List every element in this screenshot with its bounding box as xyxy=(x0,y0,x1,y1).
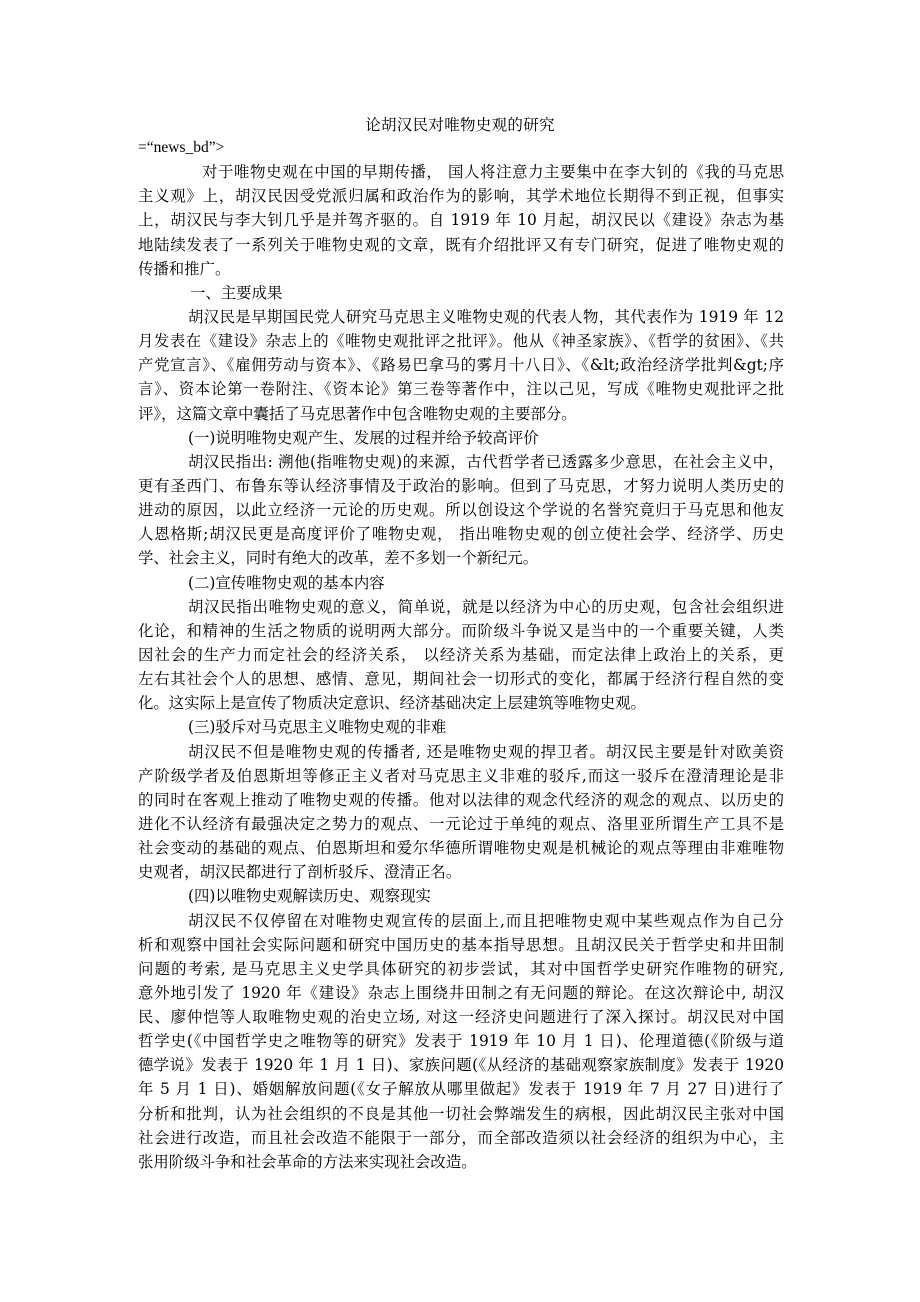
paragraph-line: 胡汉民不仅停留在对唯物史观宣传的层面上,而且把唯物史观中某些观点作为自己分 xyxy=(138,909,784,933)
section-heading-main-results: 一、主要成果 xyxy=(138,281,784,305)
paragraph-line: 进动的原因，以此立经济一元论的历史观。所以创设这个学说的名誉究竟归于马克思和他友 xyxy=(138,498,784,522)
paragraph-line: 意外地引发了 1920 年《建设》杂志上围绕井田制之有无问题的辩论。在这次辩论中… xyxy=(138,981,784,1005)
paragraph-line: 的同时在客观上推动了唯物史观的传播。他对以法律的观念代经济的观念的观点、以历史的 xyxy=(138,788,784,812)
paragraph-line: 左右其社会个人的思想、感情、意见，期间社会一切形式的变化，都属于经济行程自然的变 xyxy=(138,667,784,691)
paragraph-line: 产党宣言》、《雇佣劳动与资本》、《路易巴拿马的雾月十八日》、《&lt;政治经济学… xyxy=(138,353,784,377)
subsection-2-paragraph: 胡汉民指出唯物史观的意义，简单说，就是以经济为中心的历史观，包含社会组织进 化论… xyxy=(138,595,784,716)
subsection-heading-2: (二)宣传唯物史观的基本内容 xyxy=(138,571,784,595)
paragraph-line: 胡汉民不但是唯物史观的传播者, 还是唯物史观的捍卫者。胡汉民主要是针对欧美资 xyxy=(138,740,784,764)
paragraph-line: 年 5 月 1 日)、婚姻解放问题(《女子解放从哪里做起》发表于 1919 年 … xyxy=(138,1077,784,1101)
paragraph-line: 评》，这篇文章中囊括了马克思著作中包含唯物史观的主要部分。 xyxy=(138,402,784,426)
stray-html-fragment: =“news_bd”> xyxy=(138,136,784,160)
paragraph-line: 上，胡汉民与李大钊几乎是并驾齐驱的。自 1919 年 10 月起，胡汉民以《建设… xyxy=(138,208,784,232)
paragraph-line: 更有圣西门、布鲁东等认经济事情及于政治的影响。但到了马克思，才努力说明人类历史的 xyxy=(138,474,784,498)
document-page: 论胡汉民对唯物史观的研究 =“news_bd”> 对于唯物史观在中国的早期传播，… xyxy=(0,0,920,1302)
paragraph-line: 地陆续发表了一系列关于唯物史观的文章，既有介绍批评又有专门研究，促进了唯物史观的 xyxy=(138,233,784,257)
paragraph-line: 胡汉民指出唯物史观的意义，简单说，就是以经济为中心的历史观，包含社会组织进 xyxy=(138,595,784,619)
paragraph-line: 化。这实际上是宣传了物质决定意识、经济基础决定上层建筑等唯物史观。 xyxy=(138,691,784,715)
paragraph-line: 社会进行改造，而且社会改造不能限于一部分，而全部改造须以社会经济的组织为中心，主 xyxy=(138,1126,784,1150)
paragraph-line: 胡汉民是早期国民党人研究马克思主义唯物史观的代表人物，其代表作为 1919 年 … xyxy=(138,305,784,329)
paragraph-line: 史观者，胡汉民都进行了剖析驳斥、澄清正名。 xyxy=(138,860,784,884)
subsection-4-paragraph: 胡汉民不仅停留在对唯物史观宣传的层面上,而且把唯物史观中某些观点作为自己分 析和… xyxy=(138,909,784,1175)
paragraph-line: 学、社会主义，同时有绝大的改革，差不多划一个新纪元。 xyxy=(138,546,784,570)
paragraph-line: 产阶级学者及伯恩斯坦等修正主义者对马克思主义非难的驳斥,而这一驳斥在澄清理论是非 xyxy=(138,764,784,788)
paragraph-line: 月发表在《建设》杂志上的《唯物史观批评之批评》。他从《神圣家族》、《哲学的贫困》… xyxy=(138,329,784,353)
main-results-paragraph: 胡汉民是早期国民党人研究马克思主义唯物史观的代表人物，其代表作为 1919 年 … xyxy=(138,305,784,426)
paragraph-line: 因社会的生产力而定社会的经济关系， 以经济关系为基础，而定法律上政治上的关系，更 xyxy=(138,643,784,667)
subsection-heading-3: (三)驳斥对马克思主义唯物史观的非难 xyxy=(138,715,784,739)
paragraph-line: 胡汉民指出: 溯他(指唯物史观)的来源，古代哲学者已透露多少意思，在社会主义中， xyxy=(138,450,784,474)
paragraph-line: 化论，和精神的生活之物质的说明两大部分。而阶级斗争说又是当中的一个重要关键，人类 xyxy=(138,619,784,643)
paragraph-line: 对于唯物史观在中国的早期传播， 国人将注意力主要集中在李大钊的《我的马克思 xyxy=(138,160,784,184)
paragraph-line: 德学说》发表于 1920 年 1 月 1 日)、家族问题(《从经济的基础观察家族… xyxy=(138,1053,784,1077)
paragraph-line: 问题的考索, 是马克思主义史学具体研究的初步尝试，其对中国哲学史研究作唯物的研究… xyxy=(138,957,784,981)
paragraph-line: 哲学史(《中国哲学史之唯物等的研究》发表于 1919 年 10 月 1 日)、伦… xyxy=(138,1029,784,1053)
paragraph-line: 主义观》上，胡汉民因受党派归属和政治作为的影响，其学术地位长期得不到正视，但事实 xyxy=(138,184,784,208)
paragraph-line: 民、廖仲恺等人取唯物史观的治史立场, 对这一经济史问题进行了深入探讨。胡汉民对中… xyxy=(138,1005,784,1029)
paragraph-line: 进化不认经济有最强决定之势力的观点、一元论过于单纯的观点、洛里亚所谓生产工具不是 xyxy=(138,812,784,836)
intro-paragraph: 对于唯物史观在中国的早期传播， 国人将注意力主要集中在李大钊的《我的马克思 主义… xyxy=(138,160,784,281)
paragraph-line: 社会变动的基础的观点、伯恩斯坦和爱尔华德所谓唯物史观是机械论的观点等理由非难唯物 xyxy=(138,836,784,860)
paragraph-line: 析和观察中国社会实际问题和研究中国历史的基本指导思想。且胡汉民关于哲学史和井田制 xyxy=(138,933,784,957)
paragraph-line: 传播和推广。 xyxy=(138,257,784,281)
paragraph-line: 张用阶级斗争和社会革命的方法来实现社会改造。 xyxy=(138,1150,784,1174)
subsection-1-paragraph: 胡汉民指出: 溯他(指唯物史观)的来源，古代哲学者已透露多少意思，在社会主义中，… xyxy=(138,450,784,571)
paragraph-line: 人恩格斯;胡汉民更是高度评价了唯物史观， 指出唯物史观的创立使社会学、经济学、历… xyxy=(138,522,784,546)
document-body: =“news_bd”> 对于唯物史观在中国的早期传播， 国人将注意力主要集中在李… xyxy=(138,136,784,1174)
paragraph-line: 分析和批判，认为社会组织的不良是其他一切社会弊端发生的病根，因此胡汉民主张对中国 xyxy=(138,1102,784,1126)
paragraph-line: 言》、资本论第一卷附注、《资本论》第三卷等著作中，注以己见，写成《唯物史观批评之… xyxy=(138,377,784,401)
subsection-3-paragraph: 胡汉民不但是唯物史观的传播者, 还是唯物史观的捍卫者。胡汉民主要是针对欧美资 产… xyxy=(138,740,784,885)
subsection-heading-1: (一)说明唯物史观产生、发展的过程并给予较高评价 xyxy=(138,426,784,450)
subsection-heading-4: (四)以唯物史观解读历史、观察现实 xyxy=(138,884,784,908)
document-title: 论胡汉民对唯物史观的研究 xyxy=(0,114,920,136)
